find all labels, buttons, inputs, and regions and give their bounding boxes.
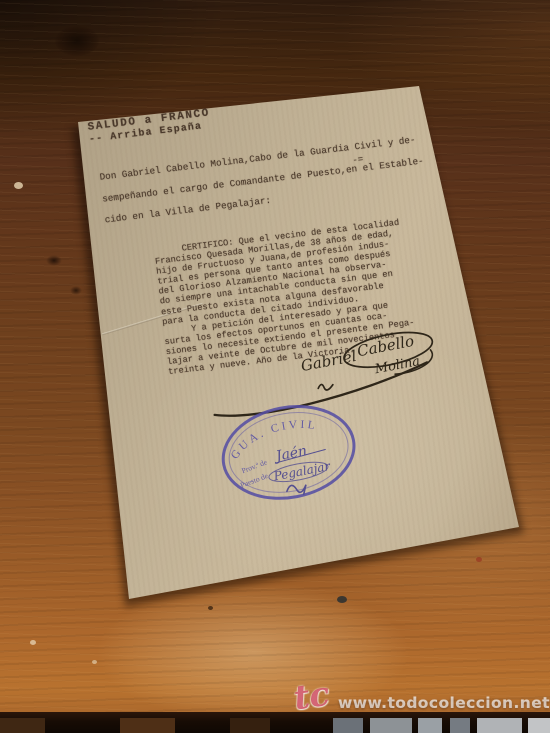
radiator-slat xyxy=(370,718,412,733)
stamp-province-handwritten: Jaén xyxy=(272,443,309,465)
radiator-slat xyxy=(333,718,363,733)
guardia-civil-stamp: GUA. CIVIL Prov.ª de Jaén Puesto de Pega… xyxy=(208,394,369,513)
document-content: SALUDO a FRANCO -- Arriba España Don Gab… xyxy=(78,80,491,607)
watermark-url-text: www.todocoleccion.net xyxy=(338,694,550,712)
radiator-slat xyxy=(477,718,522,733)
todocoleccion-logo: tc xyxy=(291,674,331,718)
stamp-header-text: GUA. CIVIL xyxy=(225,414,324,463)
radiator-slat xyxy=(450,718,470,733)
typed-correction-mark: -= xyxy=(352,155,364,166)
photo-of-document-on-table: SALUDO a FRANCO -- Arriba España Don Gab… xyxy=(0,0,550,733)
radiator-slat xyxy=(528,718,550,733)
floor-detail xyxy=(120,718,175,733)
radiator-slat xyxy=(418,718,442,733)
floor-detail xyxy=(230,718,270,733)
signature-first-name: Gabriel xyxy=(299,347,358,375)
floor-detail xyxy=(0,718,45,733)
signature-rubric-mark xyxy=(318,383,334,391)
intro-paragraph: Don Gabriel Cabello Molina,Cabo de la Gu… xyxy=(98,129,427,231)
